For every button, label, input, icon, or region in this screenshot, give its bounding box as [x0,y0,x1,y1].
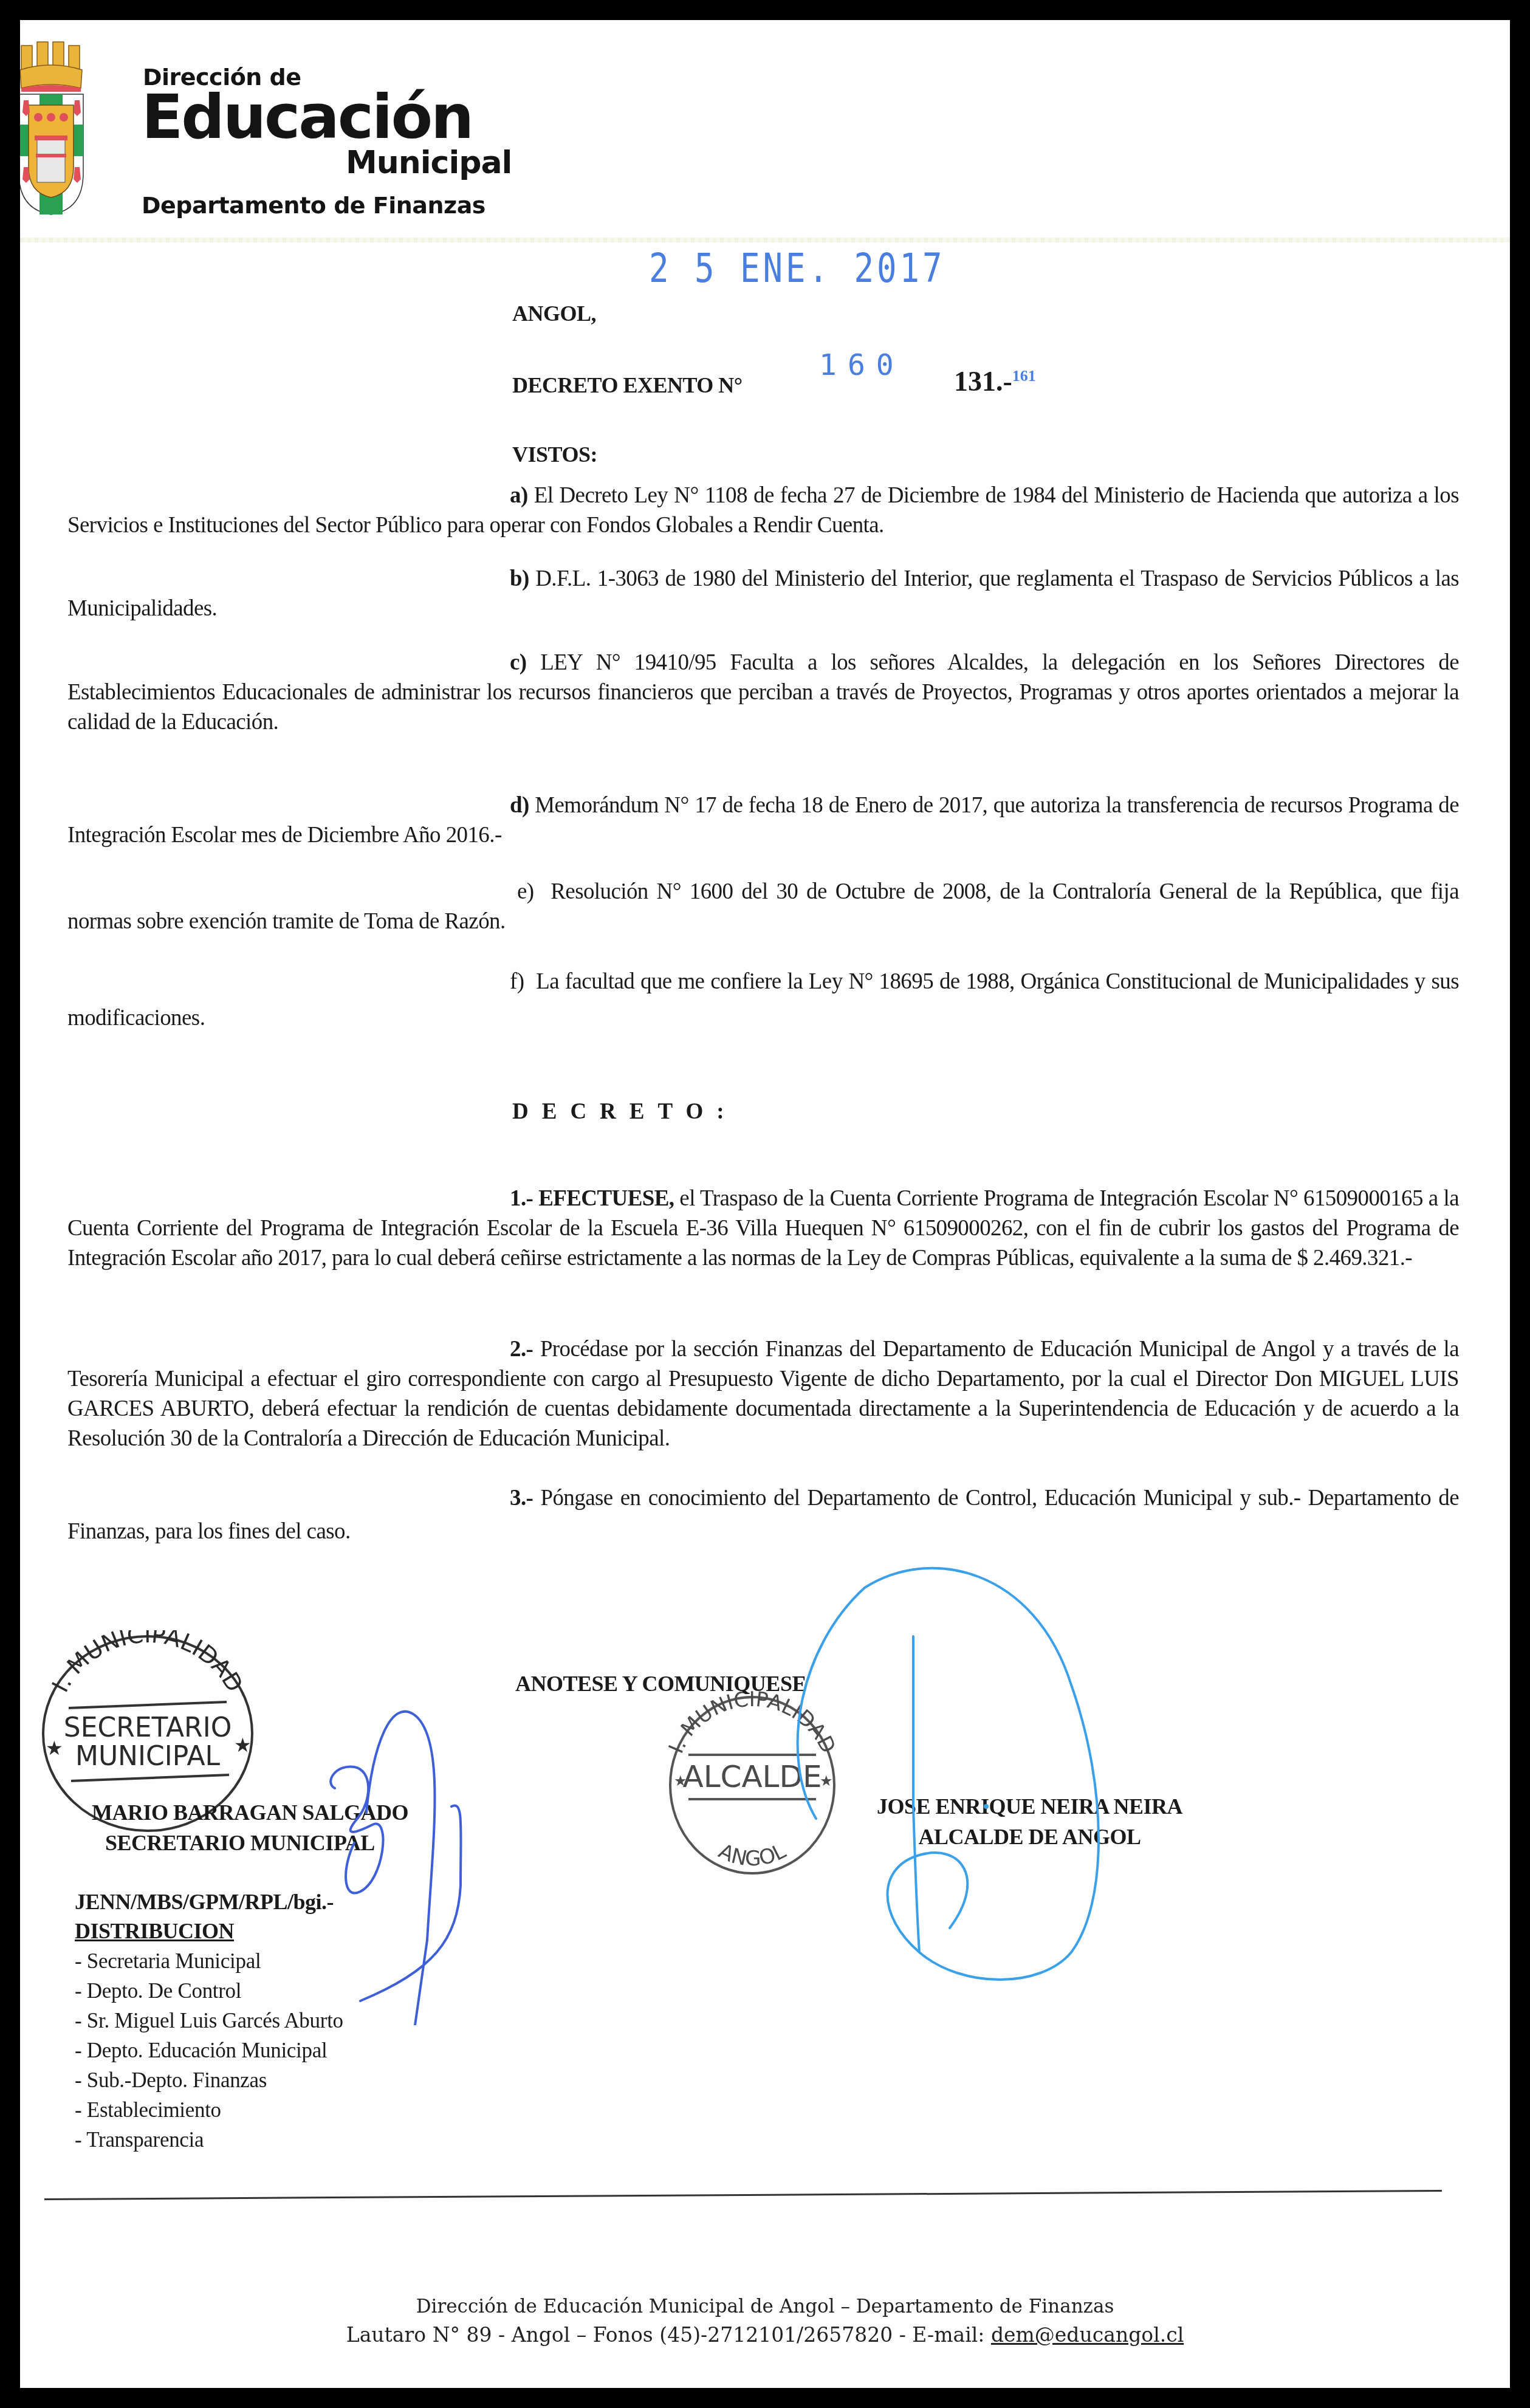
footer-divider [44,2190,1442,2200]
coat-of-arms-icon [20,33,84,216]
secretary-name: MARIO BARRAGAN SALGADO [92,1797,408,1828]
decree-annotation: 161 [1012,367,1036,385]
distribution-item: - Depto. De Control [75,1976,343,2006]
vistos-marker: a) [510,483,528,508]
seal-bottom-text: ANGOL [715,1839,789,1871]
distribution-list: - Secretaria Municipal - Depto. De Contr… [75,1946,343,2155]
decreto-text: Procédase por la sección Finanzas del De… [67,1337,1459,1451]
distribution-item: - Sub.-Depto. Finanzas [75,2065,343,2095]
footer-organization: Dirección de Educación Municipal de Ango… [20,2296,1510,2317]
vistos-marker: c) [510,650,527,675]
vistos-text: D.F.L. 1-3063 de 1980 del Ministerio del… [67,566,1459,621]
header-department: Departamento de Finanzas [142,192,485,219]
decreto-item-2: 2.- Procédase por la sección Finanzas de… [67,1334,1459,1453]
decreto-title: DECRETO: [512,1099,738,1125]
secretary-title: SECRETARIO MUNICIPAL [92,1828,408,1858]
mayor-name: JOSE ENRIQUE NEIRA NEIRA [877,1791,1182,1822]
seal-middle-text: ALCALDE [682,1759,822,1794]
vistos-item-d: d) Memorándum N° 17 de fecha 18 de Enero… [67,791,1459,850]
distribution-item: - Secretaria Municipal [75,1946,343,1976]
header-title: Educación [142,87,472,148]
vistos-item-b: b) D.F.L. 1-3063 de 1980 del Ministerio … [67,564,1459,623]
vistos-marker: e) [517,879,534,904]
distribution-title: DISTRIBUCION [75,1916,234,1946]
vistos-text: El Decreto Ley N° 1108 de fecha 27 de Di… [67,483,1459,538]
mayor-seal-icon: I. MUNICIPALIDAD ALCALDE ★ ★ ANGOL [652,1691,852,1879]
decree-number-stamp: 160 [819,348,905,382]
vistos-item-c: c) LEY N° 19410/95 Faculta a los señores… [67,648,1459,737]
vistos-item-a: a) El Decreto Ley N° 1108 de fecha 27 de… [67,481,1459,540]
decreto-item-3: 3.- Póngase en conocimiento del Departam… [67,1481,1459,1548]
decree-page: Dirección de Educación Municipal Departa… [20,20,1510,2388]
city-label: ANGOL, [512,301,596,326]
svg-text:★: ★ [674,1774,687,1789]
seal-top-text: I. MUNICIPALIDAD [47,1630,249,1696]
vistos-text: Memorándum N° 17 de fecha 18 de Enero de… [67,793,1459,848]
decree-typed-number-text: 131.- [954,366,1012,397]
distribution-item: - Establecimiento [75,2095,343,2125]
vistos-marker: b) [510,566,529,591]
svg-text:★: ★ [820,1774,833,1789]
svg-text:★: ★ [46,1737,63,1759]
mayor-signature-icon [646,1563,1156,2001]
decreto-item-1: 1.- EFECTUESE, el Traspaso de la Cuenta … [67,1184,1459,1273]
distribution-item: - Depto. Educación Municipal [75,2036,343,2065]
mayor-signature-block: JOSE ENRIQUE NEIRA NEIRA ALCALDE DE ANGO… [877,1791,1182,1852]
footer-contact: Lautaro N° 89 - Angol – Fonos (45)-27121… [20,2323,1510,2347]
vistos-marker: d) [510,793,529,818]
svg-text:ANGOL: ANGOL [715,1839,789,1871]
date-stamp: 2 5 ENE. 2017 [649,245,945,292]
decreto-marker: 1.- [510,1186,533,1211]
vistos-text: Resolución N° 1600 del 30 de Octubre de … [67,879,1459,934]
vistos-text: La facultad que me confiere la Ley N° 18… [67,969,1459,1031]
decree-label: DECRETO EXENTO N° [512,372,743,398]
decreto-marker: 2.- [510,1337,533,1362]
decreto-marker: 3.- [510,1486,533,1511]
footer-email-link[interactable]: dem@educangol.cl [991,2323,1184,2347]
initials: JENN/MBS/GPM/RPL/bgi.- [75,1887,334,1917]
footer-address: Lautaro N° 89 - Angol – Fonos (45)-27121… [346,2323,985,2347]
vistos-item-e: e) Resolución N° 1600 del 30 de Octubre … [67,877,1459,936]
vistos-marker: f) [510,969,524,994]
distribution-item: - Sr. Miguel Luis Garcés Aburto [75,2006,343,2036]
decreto-lead: EFECTUESE, [538,1186,674,1211]
svg-text:I. MUNICIPALIDAD: I. MUNICIPALIDAD [664,1691,840,1757]
vistos-item-f: f) La facultad que me confiere la Ley N°… [67,964,1459,1037]
vistos-title: VISTOS: [512,442,597,467]
decreto-text: el Traspaso de la Cuenta Corriente Progr… [67,1186,1459,1271]
decree-typed-number: 131.-161 [954,365,1036,397]
seal-middle-text-1: SECRETARIO [64,1712,232,1743]
anotese-label: ANOTESE Y COMUNIQUESE [515,1669,806,1699]
seal-middle-text-2: MUNICIPAL [75,1741,221,1772]
decreto-text: Póngase en conocimiento del Departamento… [67,1486,1459,1544]
distribution-item: - Transparencia [75,2125,343,2155]
header-divider [20,238,1510,242]
svg-text:★: ★ [234,1734,252,1756]
svg-text:I. MUNICIPALIDAD: I. MUNICIPALIDAD [47,1630,249,1696]
header-line-3: Municipal [346,145,512,181]
vistos-text: LEY N° 19410/95 Faculta a los señores Al… [67,650,1459,735]
mayor-title: ALCALDE DE ANGOL [877,1822,1182,1852]
secretary-signature-block: MARIO BARRAGAN SALGADO SECRETARIO MUNICI… [92,1797,408,1858]
seal-top-text: I. MUNICIPALIDAD [664,1691,840,1757]
